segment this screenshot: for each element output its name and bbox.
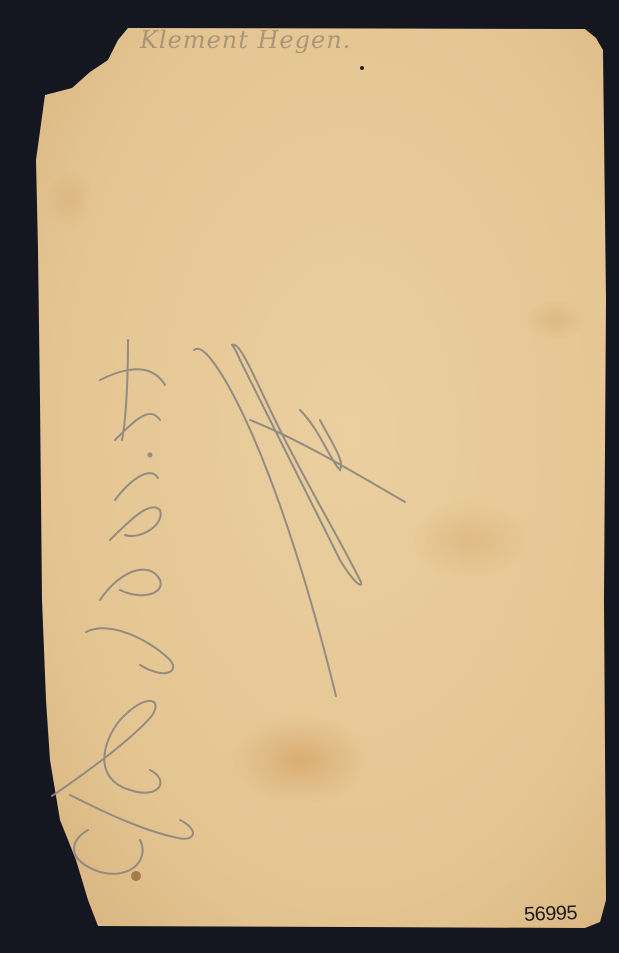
paper-card (0, 0, 619, 953)
inventory-number: 56995 (524, 902, 578, 927)
top-handwritten-note: Klement Hegen. (140, 26, 351, 54)
scan-stage: Klement Hegen. Klement 56995 (0, 0, 619, 953)
